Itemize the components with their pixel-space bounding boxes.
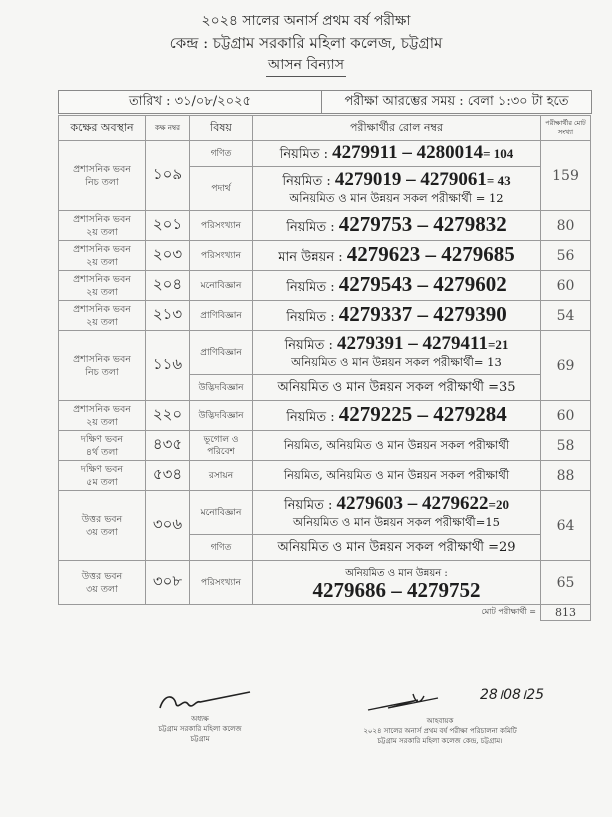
room-total: 56: [541, 241, 591, 271]
roll-line: নিয়মিত : 4279337 – 4279390: [255, 306, 538, 326]
location-line: প্রশাসনিক ভবন: [61, 243, 143, 256]
room-total: 60: [541, 401, 591, 431]
room-number: ১১৬: [146, 331, 190, 401]
subject-name: রসায়ন: [190, 461, 253, 491]
roll-line: নিয়মিত : 4279603 – 4279622=20: [255, 495, 538, 514]
roll-type-label: নিয়মিত :: [280, 147, 332, 162]
col-header-room: কক্ষ নম্বর: [146, 116, 190, 141]
col-header-total: পরীক্ষার্থীর মোট সংখ্যা: [541, 116, 591, 141]
grand-total-row: মোট পরীক্ষার্থী =813: [59, 605, 591, 621]
roll-numbers: নিয়মিত : 4279337 – 4279390: [253, 301, 541, 331]
room-location: উত্তর ভবন৩য় তলা: [59, 561, 146, 605]
roll-range: 4279225 – 4279284: [339, 402, 507, 426]
location-line: দক্ষিণ ভবন: [61, 463, 143, 476]
roll-line: অনিয়মিত ও মান উন্নয়ন সকল পরীক্ষার্থী =…: [255, 190, 538, 207]
convener-role: আহবায়ক: [330, 716, 550, 726]
roll-numbers: অনিয়মিত ও মান উন্নয়ন :4279686 – 427975…: [253, 561, 541, 605]
table-row: প্রশাসনিক ভবননিচ তলা১১৬প্রাণিবিজ্ঞাননিয়…: [59, 331, 591, 375]
room-number: ২০৩: [146, 241, 190, 271]
seat-plan-table: কক্ষের অবস্থান কক্ষ নম্বর বিষয় পরীক্ষার…: [58, 115, 591, 621]
room-number: ১০৯: [146, 141, 190, 211]
roll-line: মান উন্নয়ন : 4279623 – 4279685: [255, 246, 538, 266]
roll-line: অনিয়মিত ও মান উন্নয়ন সকল পরীক্ষার্থী=1…: [255, 514, 538, 531]
roll-line: অনিয়মিত ও মান উন্নয়ন সকল পরীক্ষার্থী =…: [255, 379, 538, 396]
roll-numbers: মান উন্নয়ন : 4279623 – 4279685: [253, 241, 541, 271]
room-location: দক্ষিণ ভবন৪র্থ তলা: [59, 431, 146, 461]
room-location: উত্তর ভবন৩য় তলা: [59, 491, 146, 561]
roll-numbers: অনিয়মিত ও মান উন্নয়ন সকল পরীক্ষার্থী =…: [253, 535, 541, 561]
location-line: প্রশাসনিক ভবন: [61, 353, 143, 366]
roll-type-label: নিয়মিত :: [285, 338, 337, 353]
subject-name: প্রাণিবিজ্ঞান: [190, 331, 253, 375]
table-row: দক্ষিণ ভবন৫ম তলা৫৩৪রসায়ননিয়মিত, অনিয়ম…: [59, 461, 591, 491]
roll-line: নিয়মিত : 4279911 – 4280014= 104: [255, 144, 538, 163]
document-header: ২০২৪ সালের অনার্স প্রথম বর্ষ পরীক্ষা কেন…: [0, 10, 612, 77]
roll-count: = 43: [487, 173, 511, 188]
subject-name: মনোবিজ্ঞান: [190, 491, 253, 535]
room-location: প্রশাসনিক ভবন২য় তলা: [59, 211, 146, 241]
location-line: দক্ষিণ ভবন: [61, 433, 143, 446]
table-row: প্রশাসনিক ভবন২য় তলা২০৩পরিসংখ্যানমান উন্…: [59, 241, 591, 271]
exam-title: ২০২৪ সালের অনার্স প্রথম বর্ষ পরীক্ষা: [0, 10, 612, 32]
location-line: ৫ম তলা: [61, 476, 143, 489]
seat-plan-title: আসন বিন্যাস: [266, 54, 346, 77]
subject-name: পরিসংখ্যান: [190, 561, 253, 605]
location-line: ২য় তলা: [61, 256, 143, 269]
roll-numbers: অনিয়মিত ও মান উন্নয়ন সকল পরীক্ষার্থী =…: [253, 375, 541, 401]
table-row: প্রশাসনিক ভবন২য় তলা২০৪মনোবিজ্ঞাননিয়মিত…: [59, 271, 591, 301]
roll-type-label: মান উন্নয়ন :: [278, 250, 347, 265]
roll-numbers: নিয়মিত, অনিয়মিত ও মান উন্নয়ন সকল পরীক…: [253, 461, 541, 491]
table-header-row: কক্ষের অবস্থান কক্ষ নম্বর বিষয় পরীক্ষার…: [59, 116, 591, 141]
roll-type-label: নিয়মিত :: [282, 174, 334, 189]
roll-range: 4279686 – 4279752: [313, 578, 481, 602]
signature-scribble-icon: 28।08।25: [330, 690, 550, 716]
roll-range: 4279911 – 4280014: [332, 142, 483, 163]
roll-count: =21: [488, 337, 508, 352]
location-line: প্রশাসনিক ভবন: [61, 163, 143, 176]
convener-committee: ২০২৪ সালের অনার্স প্রথম বর্ষ পরীক্ষা পরি…: [330, 726, 550, 736]
location-line: প্রশাসনিক ভবন: [61, 213, 143, 226]
room-number: ৩০৮: [146, 561, 190, 605]
table-row: প্রশাসনিক ভবন২য় তলা২০১পরিসংখ্যাননিয়মিত…: [59, 211, 591, 241]
table-body: প্রশাসনিক ভবননিচ তলা১০৯গণিতনিয়মিত : 427…: [59, 141, 591, 621]
roll-range: 4279623 – 4279685: [347, 242, 515, 266]
roll-range: 4279391 – 4279411: [337, 333, 488, 354]
room-location: প্রশাসনিক ভবন২য় তলা: [59, 241, 146, 271]
subject-name: পরিসংখ্যান: [190, 211, 253, 241]
room-total: 159: [541, 141, 591, 211]
roll-note: অনিয়মিত ও মান উন্নয়ন সকল পরীক্ষার্থী=1…: [293, 515, 500, 529]
exam-date: তারিখ : ৩১/০৮/২০২৫: [59, 91, 322, 113]
subject-name: প্রাণিবিজ্ঞান: [190, 301, 253, 331]
subject-name: ভূগোল ও পরিবেশ: [190, 431, 253, 461]
table-row: উত্তর ভবন৩য় তলা৩০৮পরিসংখ্যানঅনিয়মিত ও …: [59, 561, 591, 605]
roll-range: 4279019 – 4279061: [335, 169, 487, 190]
location-line: উত্তর ভবন: [61, 570, 143, 583]
room-number: ৫৩৪: [146, 461, 190, 491]
exam-start-time: পরীক্ষা আরম্ভের সময় : বেলা ১:৩০ টা হতে: [322, 91, 591, 113]
principal-signature-block: অধ্যক্ষ চট্টগ্রাম সরকারি মহিলা কলেজ চট্ট…: [120, 688, 280, 744]
roll-line: 4279686 – 4279752: [255, 582, 538, 602]
room-total: 88: [541, 461, 591, 491]
room-total: 54: [541, 301, 591, 331]
roll-line: নিয়মিত : 4279391 – 4279411=21: [255, 335, 538, 354]
roll-numbers: নিয়মিত : 4279543 – 4279602: [253, 271, 541, 301]
roll-note: নিয়মিত, অনিয়মিত ও মান উন্নয়ন সকল পরীক…: [284, 468, 509, 482]
room-location: প্রশাসনিক ভবননিচ তলা: [59, 141, 146, 211]
subject-name: উদ্ভিদবিজ্ঞান: [190, 401, 253, 431]
room-number: ২০১: [146, 211, 190, 241]
subject-name: পদার্থ: [190, 167, 253, 211]
location-line: প্রশাসনিক ভবন: [61, 303, 143, 316]
principal-org: চট্টগ্রাম সরকারি মহিলা কলেজ: [120, 724, 280, 734]
location-line: প্রশাসনিক ভবন: [61, 403, 143, 416]
roll-type-label: নিয়মিত :: [286, 410, 338, 425]
location-line: ২য় তলা: [61, 416, 143, 429]
room-total: 80: [541, 211, 591, 241]
roll-type-label: নিয়মিত :: [286, 280, 338, 295]
roll-line: নিয়মিত : 4279543 – 4279602: [255, 276, 538, 296]
location-line: উত্তর ভবন: [61, 513, 143, 526]
signature-scribble-icon: [120, 688, 280, 714]
roll-numbers: নিয়মিত : 4279911 – 4280014= 104: [253, 141, 541, 167]
roll-line: নিয়মিত, অনিয়মিত ও মান উন্নয়ন সকল পরীক…: [255, 437, 538, 454]
roll-type-label: নিয়মিত :: [286, 310, 338, 325]
roll-note: অনিয়মিত ও মান উন্নয়ন সকল পরীক্ষার্থী =…: [289, 191, 503, 205]
subject-name: মনোবিজ্ঞান: [190, 271, 253, 301]
location-line: প্রশাসনিক ভবন: [61, 273, 143, 286]
roll-note: নিয়মিত, অনিয়মিত ও মান উন্নয়ন সকল পরীক…: [284, 438, 509, 452]
roll-range: 4279603 – 4279622: [337, 493, 489, 514]
room-number: ২০৪: [146, 271, 190, 301]
principal-role: অধ্যক্ষ: [120, 714, 280, 724]
location-line: ২য় তলা: [61, 226, 143, 239]
principal-place: চট্টগ্রাম: [120, 734, 280, 744]
convener-signature-block: 28।08।25 আহবায়ক ২০২৪ সালের অনার্স প্রথম…: [330, 690, 550, 746]
roll-note: অনিয়মিত ও মান উন্নয়ন সকল পরীক্ষার্থী =…: [277, 540, 515, 555]
room-number: ২২০: [146, 401, 190, 431]
roll-type-label: নিয়মিত :: [286, 220, 338, 235]
roll-line: নিয়মিত, অনিয়মিত ও মান উন্নয়ন সকল পরীক…: [255, 467, 538, 484]
col-header-roll-numbers: পরীক্ষার্থীর রোল নম্বর: [253, 116, 541, 141]
roll-line: নিয়মিত : 4279019 – 4279061= 43: [255, 171, 538, 190]
room-location: প্রশাসনিক ভবন২য় তলা: [59, 301, 146, 331]
col-header-location: কক্ষের অবস্থান: [59, 116, 146, 141]
room-number: ৩০৬: [146, 491, 190, 561]
location-line: ২য় তলা: [61, 286, 143, 299]
roll-line: অনিয়মিত ও মান উন্নয়ন সকল পরীক্ষার্থী= …: [255, 354, 538, 371]
room-total: 69: [541, 331, 591, 401]
room-location: প্রশাসনিক ভবননিচ তলা: [59, 331, 146, 401]
roll-numbers: নিয়মিত : 4279225 – 4279284: [253, 401, 541, 431]
subject-name: গণিত: [190, 141, 253, 167]
roll-range: 4279337 – 4279390: [339, 302, 507, 326]
subject-name: গণিত: [190, 535, 253, 561]
room-total: 60: [541, 271, 591, 301]
table-row: উত্তর ভবন৩য় তলা৩০৬মনোবিজ্ঞাননিয়মিত : 4…: [59, 491, 591, 535]
room-location: প্রশাসনিক ভবন২য় তলা: [59, 271, 146, 301]
handwritten-date: 28।08।25: [480, 690, 544, 700]
grand-total-label: মোট পরীক্ষার্থী =: [59, 605, 541, 621]
roll-range: 4279753 – 4279832: [339, 212, 507, 236]
subject-name: পরিসংখ্যান: [190, 241, 253, 271]
roll-type-label: নিয়মিত :: [284, 498, 336, 513]
roll-line: অনিয়মিত ও মান উন্নয়ন সকল পরীক্ষার্থী =…: [255, 539, 538, 556]
location-line: ২য় তলা: [61, 316, 143, 329]
table-row: প্রশাসনিক ভবননিচ তলা১০৯গণিতনিয়মিত : 427…: [59, 141, 591, 167]
roll-numbers: নিয়মিত : 4279603 – 4279622=20অনিয়মিত ও…: [253, 491, 541, 535]
roll-line: নিয়মিত : 4279753 – 4279832: [255, 216, 538, 236]
table-row: প্রশাসনিক ভবন২য় তলা২১৩প্রাণিবিজ্ঞাননিয়…: [59, 301, 591, 331]
roll-range: 4279543 – 4279602: [339, 272, 507, 296]
roll-count: = 104: [483, 146, 513, 161]
table-row: প্রশাসনিক ভবন২য় তলা২২০উদ্ভিদবিজ্ঞাননিয়…: [59, 401, 591, 431]
table-row: দক্ষিণ ভবন৪র্থ তলা৪৩৫ভূগোল ও পরিবেশনিয়ম…: [59, 431, 591, 461]
roll-note: অনিয়মিত ও মান উন্নয়ন সকল পরীক্ষার্থী= …: [291, 355, 502, 369]
roll-numbers: নিয়মিত : 4279019 – 4279061= 43অনিয়মিত …: [253, 167, 541, 211]
roll-note: অনিয়মিত ও মান উন্নয়ন সকল পরীক্ষার্থী =…: [277, 380, 515, 395]
exam-center: কেন্দ্র : চট্টগ্রাম সরকারি মহিলা কলেজ, চ…: [0, 32, 612, 54]
subject-name: উদ্ভিদবিজ্ঞান: [190, 375, 253, 401]
roll-numbers: নিয়মিত : 4279391 – 4279411=21অনিয়মিত ও…: [253, 331, 541, 375]
roll-numbers: নিয়মিত, অনিয়মিত ও মান উন্নয়ন সকল পরীক…: [253, 431, 541, 461]
roll-line: নিয়মিত : 4279225 – 4279284: [255, 406, 538, 426]
grand-total-value: 813: [541, 605, 591, 621]
room-total: 58: [541, 431, 591, 461]
convener-org: চট্টগ্রাম সরকারি মহিলা কলেজ কেন্দ্র, চট্…: [330, 736, 550, 746]
location-line: ৩য় তলা: [61, 583, 143, 596]
roll-count: =20: [489, 497, 509, 512]
room-number: ২১৩: [146, 301, 190, 331]
date-time-bar: তারিখ : ৩১/০৮/২০২৫ পরীক্ষা আরম্ভের সময় …: [58, 90, 592, 114]
location-line: নিচ তলা: [61, 176, 143, 189]
room-total: 65: [541, 561, 591, 605]
room-location: প্রশাসনিক ভবন২য় তলা: [59, 401, 146, 431]
location-line: ৪র্থ তলা: [61, 446, 143, 459]
room-total: 64: [541, 491, 591, 561]
room-location: দক্ষিণ ভবন৫ম তলা: [59, 461, 146, 491]
room-number: ৪৩৫: [146, 431, 190, 461]
col-header-subject: বিষয়: [190, 116, 253, 141]
location-line: নিচ তলা: [61, 366, 143, 379]
location-line: ৩য় তলা: [61, 526, 143, 539]
roll-numbers: নিয়মিত : 4279753 – 4279832: [253, 211, 541, 241]
